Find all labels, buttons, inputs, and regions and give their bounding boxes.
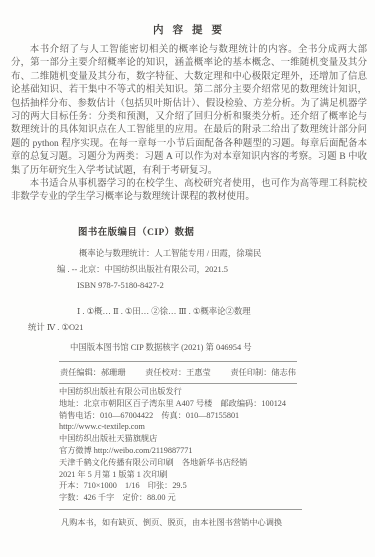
cip-title-line: 概率论与数理统计：人工智能专用 / 田霞，徐瑞民: [0, 246, 370, 262]
colophon-block: 中国纺织出版社有限公司出版发行 地址：北京市朝阳区百子湾东里 A407 号楼 邮…: [59, 386, 364, 504]
book-copyright-page: 内容提要 本书介绍了与人工智能密切相关的概率论与数理统计的内容。全书分成两大部分…: [0, 0, 375, 557]
summary-paragraph-1: 本书介绍了与人工智能密切相关的概率论与数理统计的内容。全书分成两大部分，第一部分…: [11, 44, 367, 178]
summary-title: 内容提要: [0, 22, 375, 37]
bottom-divider: [59, 509, 302, 510]
cip-heading: 图书在版编目（CIP）数据: [78, 224, 194, 238]
staff-credits-row: 责任编辑：郝珊珊 责任校对：王惠莹 责任印制：储志伟: [59, 361, 297, 384]
responsible-proofreader: 责任校对：王惠莹: [145, 367, 211, 378]
responsible-editor: 责任编辑：郝珊珊: [60, 367, 126, 378]
colophon-line-format: 开本：710×1000 1/16 印张：29.5: [59, 480, 364, 492]
replacement-notice: 凡购本书，如有缺页、倒页、脱页，由本社图书营销中心调换: [61, 517, 282, 528]
cip-classification-block: Ⅰ . ①概… Ⅱ . ①田… ②徐… Ⅲ . ①概率论②数理 统计 Ⅳ . ①…: [0, 304, 370, 335]
colophon-line-weibo: 官方微博 http://weibo.com/2119887771: [59, 445, 364, 457]
cip-bibliographic-block: 概率论与数理统计：人工智能专用 / 田霞，徐瑞民 编 . -- 北京：中国纺织出…: [0, 246, 370, 294]
colophon-line-price: 字数：426 千字 定价：88.00 元: [59, 492, 364, 504]
summary-paragraph-2: 本书适合从事机器学习的在校学生、高校研究者使用，也可作为高等理工科院校非数学专业…: [11, 178, 367, 205]
colophon-line-website: http://www.c-textilep.com: [59, 421, 364, 433]
summary-section: 本书介绍了与人工智能密切相关的概率论与数理统计的内容。全书分成两大部分，第一部分…: [11, 44, 367, 205]
colophon-line-edition: 2021 年 5 月第 1 版第 1 次印刷: [59, 469, 364, 481]
colophon-line-address: 地址：北京市朝阳区百子湾东里 A407 号楼 邮政编码：100124: [59, 398, 364, 410]
cip-record-number: 中国版本图书馆 CIP 数据核字 (2021) 第 046954 号: [70, 341, 252, 353]
colophon-line-printing-company: 天津千鹤文化传播有限公司印刷 各地新华书店经销: [59, 457, 364, 469]
responsible-printer: 责任印制：储志伟: [230, 367, 296, 378]
cip-class-line-2: 统计 Ⅳ . ①O21: [0, 320, 370, 336]
cip-isbn-line: ISBN 978-7-5180-8427-2: [0, 278, 370, 294]
cip-publisher-line: 编 . -- 北京：中国纺织出版社有限公司，2021.5: [0, 262, 370, 278]
colophon-line-publisher: 中国纺织出版社有限公司出版发行: [59, 386, 364, 398]
colophon-line-phone: 销售电话：010—67004422 传真：010—87155801: [59, 410, 364, 422]
colophon-line-tmall-store: 中国纺织出版社天猫旗舰店: [59, 433, 364, 445]
cip-class-line-1: Ⅰ . ①概… Ⅱ . ①田… ②徐… Ⅲ . ①概率论②数理: [0, 304, 370, 320]
